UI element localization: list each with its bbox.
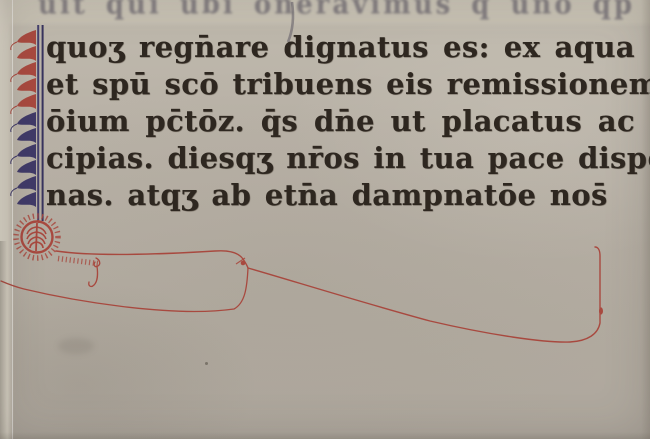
flourish-barb bbox=[89, 258, 100, 286]
flourish-knot-right bbox=[599, 307, 603, 314]
flourish-under-loop bbox=[1, 268, 248, 311]
parchment-smudge bbox=[58, 338, 94, 354]
penwork-flourish bbox=[1, 247, 603, 342]
flourish-main-line bbox=[56, 247, 600, 342]
text-line-1: quoʒ regn̄are dignatus es: ex aqua bbox=[46, 29, 635, 66]
flourish-knot-left bbox=[241, 261, 246, 266]
text-line-5: nas. atqʒ ab etn̄a dampnatōe nos̄ bbox=[46, 177, 598, 214]
border-foliate-blue-icon bbox=[11, 112, 36, 207]
border-foliate-red-icon bbox=[11, 30, 36, 114]
top-ghost-strip: uit qui ubi oneravimus q̄ uno qp̄ bbox=[0, 0, 650, 27]
text-block: quoʒ regn̄are dignatus es: ex aqua et sp… bbox=[46, 29, 635, 214]
ghost-text-line: uit qui ubi oneravimus q̄ uno qp̄ bbox=[38, 0, 650, 21]
rosette-icon bbox=[16, 216, 58, 258]
text-line-2: et spū scō tribuens eis remissionem bbox=[46, 66, 635, 103]
page-edge-bottom bbox=[0, 432, 650, 439]
text-line-4: cipias. diesqʒ nr̄os in tua pace dispo bbox=[46, 140, 635, 177]
text-line-3: ōium pc̄tōz. q̄s dn̄e ut placatus ac bbox=[46, 103, 635, 140]
manuscript-photo: uit qui ubi oneravimus q̄ uno qp̄ bbox=[0, 0, 650, 439]
page-edge-left-shadow bbox=[0, 241, 7, 439]
flourish-comb-teeth bbox=[58, 259, 98, 264]
page-edge-right bbox=[641, 0, 650, 439]
border-ruling-lines bbox=[37, 25, 43, 221]
ink-speck bbox=[205, 362, 208, 365]
